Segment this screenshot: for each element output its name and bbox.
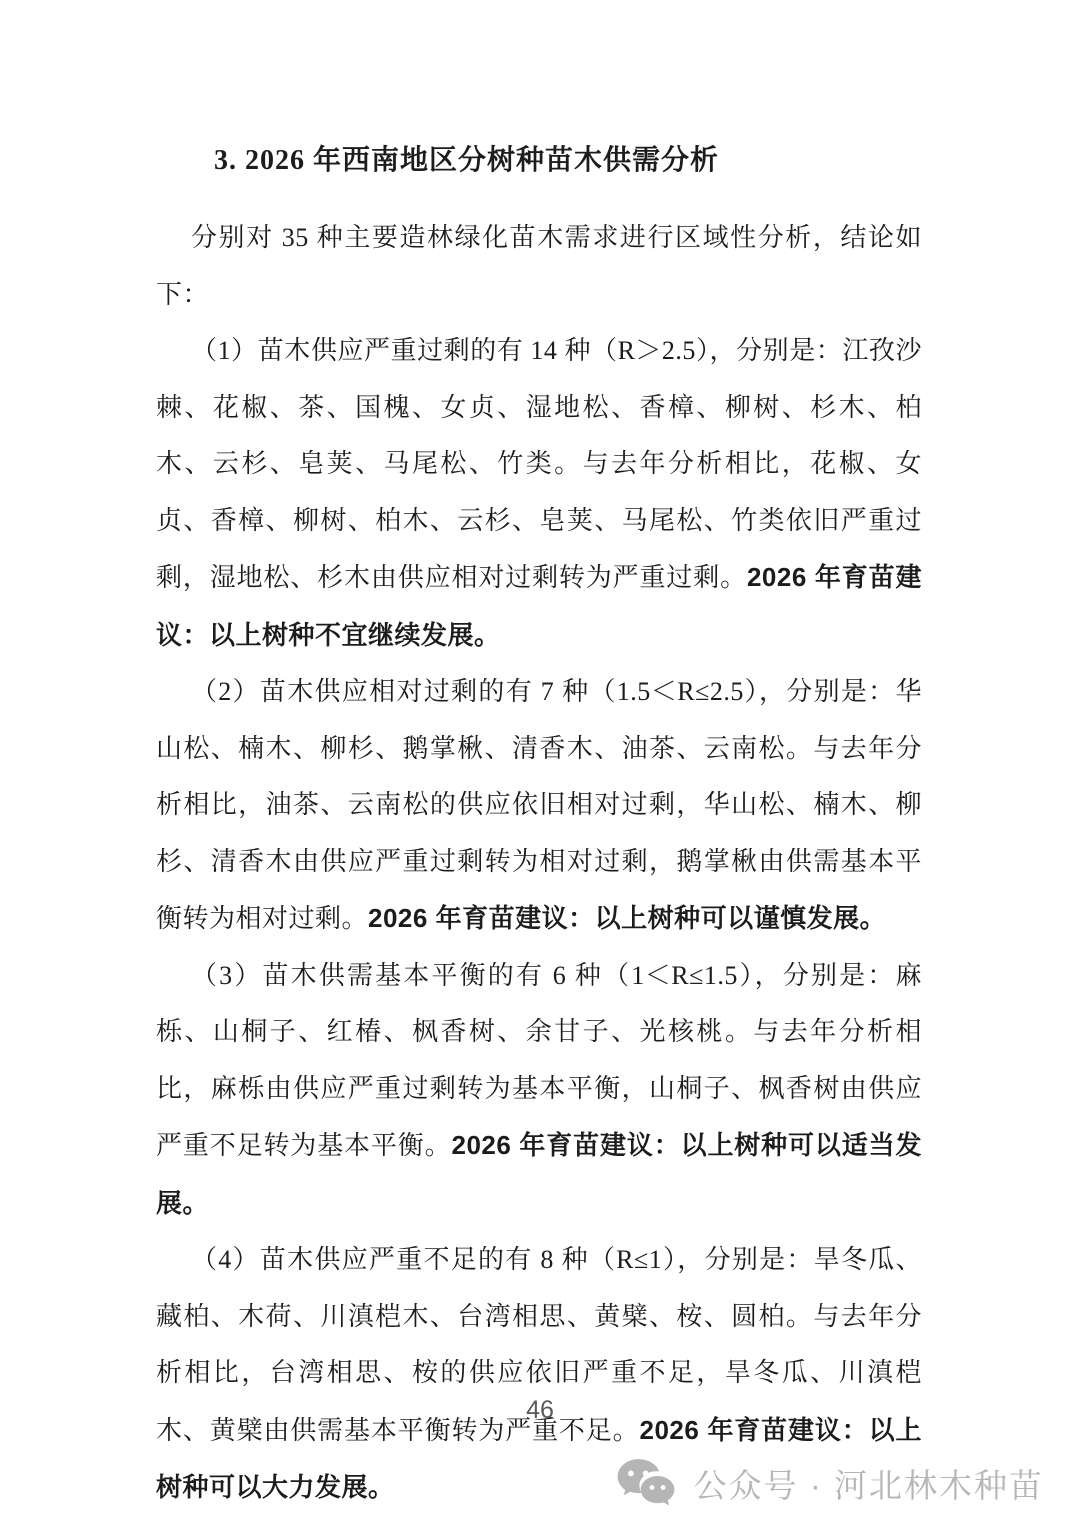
- paragraph-severe-oversupply: （1）苗木供应严重过剩的有 14 种（R＞2.5），分别是：江孜沙棘、花椒、茶、…: [156, 323, 922, 664]
- paragraph-intro: 分别对 35 种主要造林绿化苗木需求进行区域性分析，结论如下：: [156, 210, 922, 323]
- paragraph-relative-oversupply: （2）苗木供应相对过剩的有 7 种（1.5＜R≤2.5），分别是：华山松、楠木、…: [156, 664, 922, 948]
- wechat-icon: [616, 1458, 678, 1508]
- page-number: 46: [0, 1396, 1080, 1425]
- paragraph-balanced: （3）苗木供需基本平衡的有 6 种（1＜R≤1.5），分别是：麻栎、山桐子、红椿…: [156, 948, 922, 1233]
- body-text: 分别对 35 种主要造林绿化苗木需求进行区域性分析，结论如下：: [156, 223, 922, 309]
- watermark: 公众号 · 河北林木种苗: [616, 1458, 1044, 1508]
- watermark-text: 公众号 · 河北林木种苗: [694, 1460, 1044, 1507]
- body-text: （2）苗木供应相对过剩的有 7 种（1.5＜R≤2.5），分别是：华山松、楠木、…: [156, 677, 922, 933]
- body-text: （1）苗木供应严重过剩的有 14 种（R＞2.5），分别是：江孜沙棘、花椒、茶、…: [156, 336, 922, 592]
- document-body: 3. 2026 年西南地区分树种苗木供需分析 分别对 35 种主要造林绿化苗木需…: [156, 140, 922, 1517]
- recommendation-text: 2026 年育苗建议：以上树种可以谨慎发展。: [368, 903, 886, 933]
- document-page: 3. 2026 年西南地区分树种苗木供需分析 分别对 35 种主要造林绿化苗木需…: [0, 0, 1080, 1527]
- section-title: 3. 2026 年西南地区分树种苗木供需分析: [156, 140, 922, 182]
